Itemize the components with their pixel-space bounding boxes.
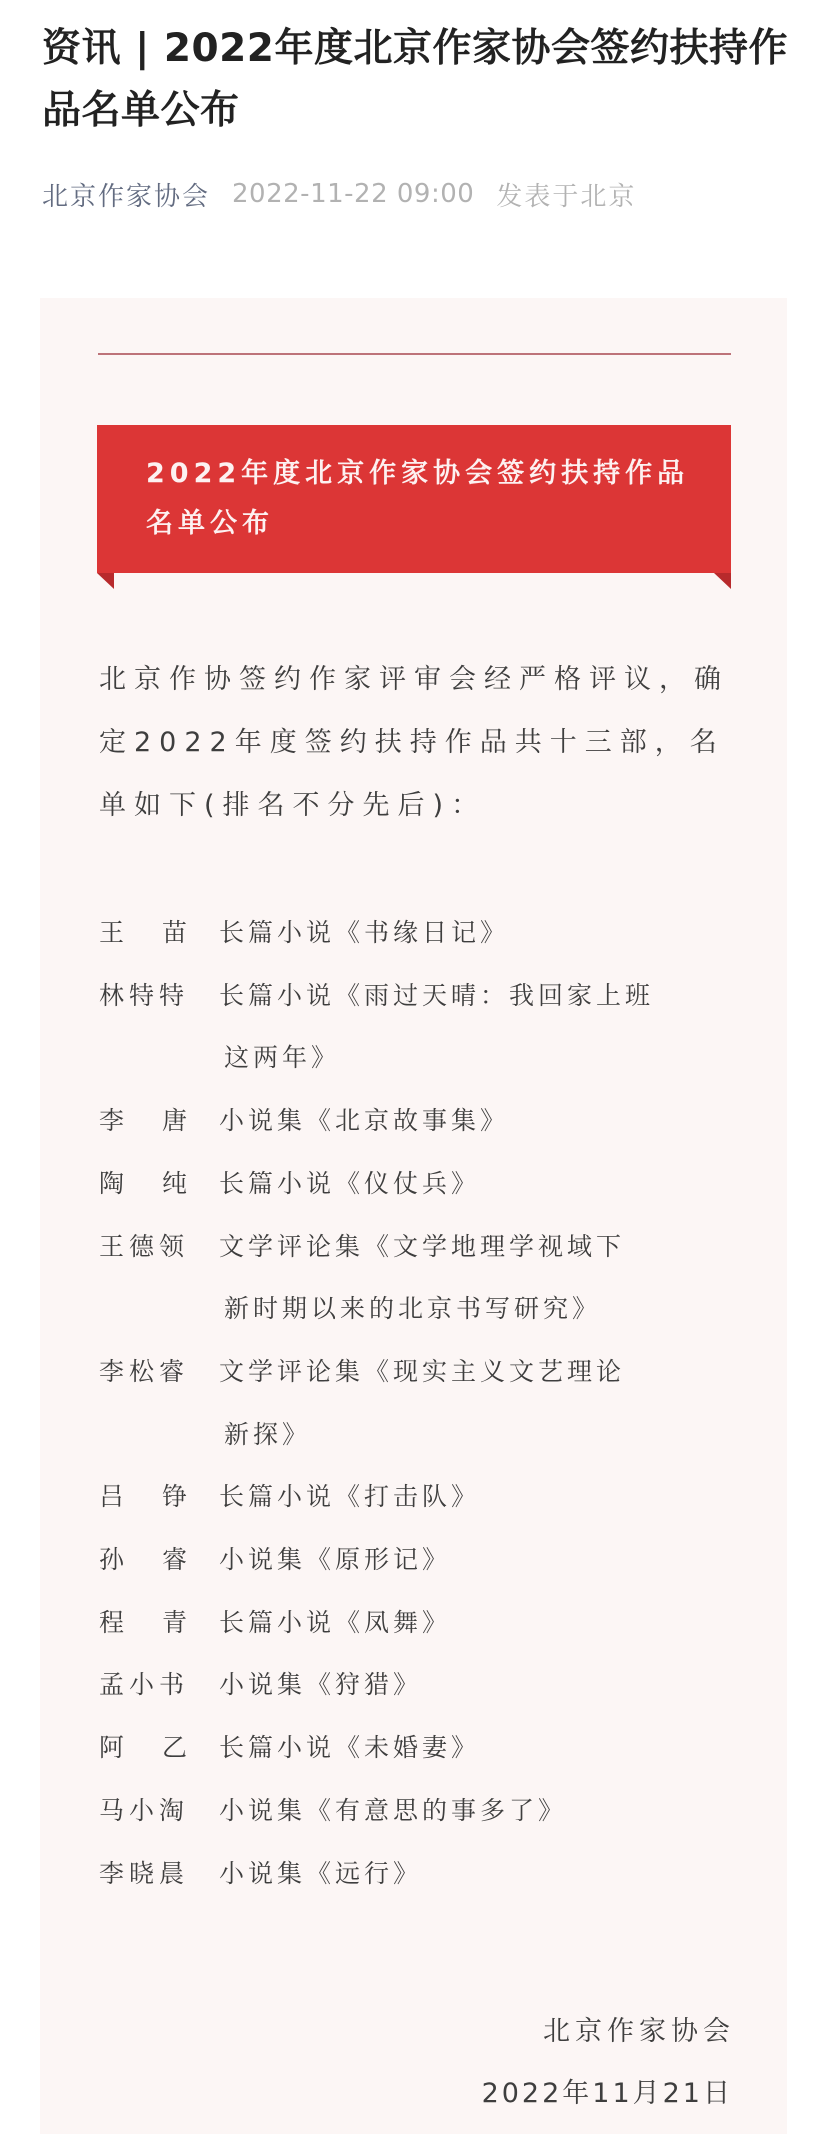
work-list-item: 李松睿 文学评论集《现实主义文艺理论 新探》 [99,1341,759,1466]
author-name: 王德领 [99,1216,219,1341]
work-title: 长篇小说《打击队》 [219,1466,669,1529]
work-title: 长篇小说《凤舞》 [219,1592,669,1655]
work-title: 长篇小说《仪仗兵》 [219,1153,669,1216]
author-name: 李唐 [99,1090,187,1153]
author-name-char: 阿 [99,1717,124,1780]
author-name: 李晓晨 [99,1843,219,1906]
work-list-item: 吕铮 长篇小说《打击队》 [99,1466,759,1529]
work-title-line: 长篇小说《打击队》 [219,1482,480,1511]
work-title-line: 长篇小说《书缘日记》 [219,918,509,947]
work-title: 文学评论集《现实主义文艺理论 新探》 [219,1341,669,1466]
author-name-char: 王 [99,902,124,965]
work-title: 小说集《狩猎》 [219,1654,669,1717]
author-name: 林特特 [99,965,219,1090]
work-title-line: 小说集《远行》 [219,1859,422,1888]
banner-fold-left-icon [97,573,114,589]
signature-block: 北京作家协会 2022年11月21日 [482,2001,730,2125]
author-name-char: 唐 [162,1090,187,1153]
author-name: 陶纯 [99,1153,187,1216]
author-name: 吕铮 [99,1466,187,1529]
work-title: 长篇小说《雨过天晴：我回家上班 这两年》 [219,965,669,1090]
author-name: 马小淘 [99,1780,219,1843]
article-title: 资讯 | 2022年度北京作家协会签约扶持作品名单公布 [42,18,802,142]
author-name-char: 苗 [162,902,187,965]
publish-location: 发表于北京 [496,176,636,213]
work-list-item: 阿乙 长篇小说《未婚妻》 [99,1717,759,1780]
article-meta: 北京作家协会 2022-11-22 09:00 发表于北京 [42,174,636,214]
author-name-char: 睿 [162,1529,187,1592]
publish-datetime: 2022-11-22 09:00 [232,179,474,209]
work-title-continuation: 这两年》 [219,1027,669,1090]
author-name-char: 青 [162,1592,187,1655]
intro-paragraph: 北京作协签约作家评审会经严格评议，确定2022年度签约扶持作品共十三部，名单如下… [99,648,749,837]
signature-date: 2022年11月21日 [482,2063,733,2125]
work-title-line: 小说集《有意思的事多了》 [219,1796,567,1825]
author-name-char: 陶 [99,1153,124,1216]
work-list-item: 王苗 长篇小说《书缘日记》 [99,902,759,965]
article-content-card: 2022年度北京作家协会签约扶持作品名单公布 北京作协签约作家评审会经严格评议，… [40,298,787,2134]
author-name: 阿乙 [99,1717,187,1780]
author-name-char: 孙 [99,1529,124,1592]
work-title: 小说集《北京故事集》 [219,1090,669,1153]
work-title-line: 长篇小说《仪仗兵》 [219,1169,480,1198]
work-title-line: 小说集《北京故事集》 [219,1106,509,1135]
work-title: 小说集《原形记》 [219,1529,669,1592]
work-list-item: 李晓晨 小说集《远行》 [99,1843,759,1906]
work-title-line: 小说集《狩猎》 [219,1670,422,1699]
work-list-item: 程青 长篇小说《凤舞》 [99,1592,759,1655]
work-title-line: 小说集《原形记》 [219,1545,451,1574]
author-name: 孙睿 [99,1529,187,1592]
work-title-line: 长篇小说《未婚妻》 [219,1733,480,1762]
author-name: 孟小书 [99,1654,219,1717]
banner-title: 2022年度北京作家协会签约扶持作品名单公布 [146,458,689,539]
work-list-item: 李唐 小说集《北京故事集》 [99,1090,759,1153]
author-name: 李松睿 [99,1341,219,1466]
works-list: 王苗 长篇小说《书缘日记》 林特特 长篇小说《雨过天晴：我回家上班 这两年》 李… [99,902,759,1905]
author-name-char: 铮 [162,1466,187,1529]
author-link[interactable]: 北京作家协会 [42,176,210,213]
decorative-divider [98,353,731,355]
work-title: 文学评论集《文学地理学视域下 新时期以来的北京书写研究》 [219,1216,669,1341]
work-title: 小说集《有意思的事多了》 [219,1780,669,1843]
author-name-char: 程 [99,1592,124,1655]
work-title: 小说集《远行》 [219,1843,669,1906]
author-name-char: 李 [99,1090,124,1153]
work-title-line: 文学评论集《文学地理学视域下 [219,1232,625,1261]
work-list-item: 孟小书 小说集《狩猎》 [99,1654,759,1717]
work-title-continuation: 新时期以来的北京书写研究》 [219,1278,669,1341]
work-list-item: 陶纯 长篇小说《仪仗兵》 [99,1153,759,1216]
work-list-item: 王德领 文学评论集《文学地理学视域下 新时期以来的北京书写研究》 [99,1216,759,1341]
work-title-line: 长篇小说《凤舞》 [219,1608,451,1637]
work-title-line: 长篇小说《雨过天晴：我回家上班 [219,981,654,1010]
work-list-item: 马小淘 小说集《有意思的事多了》 [99,1780,759,1843]
author-name-char: 乙 [162,1717,187,1780]
work-title-continuation: 新探》 [219,1404,669,1467]
work-title: 长篇小说《书缘日记》 [219,902,669,965]
banner-fold-right-icon [714,573,731,589]
work-list-item: 孙睿 小说集《原形记》 [99,1529,759,1592]
author-name-char: 吕 [99,1466,124,1529]
author-name: 王苗 [99,902,187,965]
work-list-item: 林特特 长篇小说《雨过天晴：我回家上班 这两年》 [99,965,759,1090]
signature-org: 北京作家协会 [482,2001,735,2063]
work-title: 长篇小说《未婚妻》 [219,1717,669,1780]
author-name: 程青 [99,1592,187,1655]
work-title-line: 文学评论集《现实主义文艺理论 [219,1357,625,1386]
author-name-char: 纯 [162,1153,187,1216]
section-banner: 2022年度北京作家协会签约扶持作品名单公布 [97,425,731,573]
